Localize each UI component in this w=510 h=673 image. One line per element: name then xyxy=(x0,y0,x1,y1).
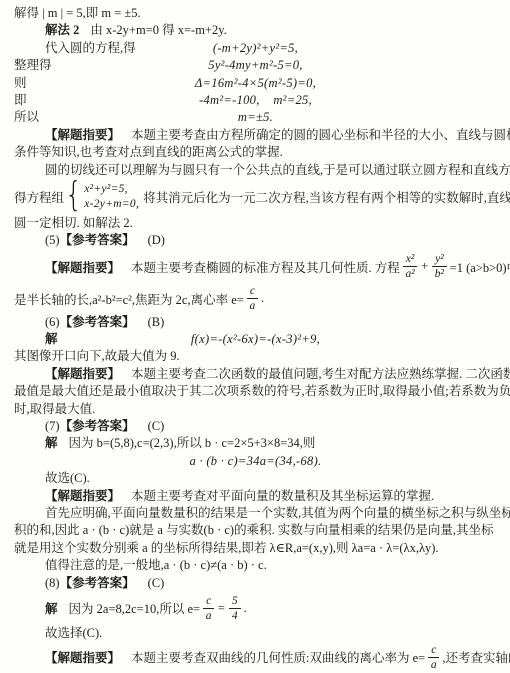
denominator: a xyxy=(250,299,256,312)
line-solve-6b: 其图像开口向下,故最大值为 9. xyxy=(14,348,497,365)
answer-key-page: 解得 | m | = 5,即 m = ±5. 解法 2由 x-2y+m=0 得 … xyxy=(0,0,510,672)
line-tip7-2: 首先应明确,平面向量数量积的结果是一个实数,其值为两个向量的横坐标之积与纵坐标之 xyxy=(14,505,497,522)
line-tip4-5: 圆一定相切. 如解法 2. xyxy=(14,215,497,232)
text-run: 首先应明确,平面向量数量积的结果是一个实数,其值为两个向量的横坐标之积与纵坐标之 xyxy=(45,506,510,520)
text-run: 由 x-2y+m=0 得 x=-m+2y. xyxy=(90,23,226,37)
line-tip5-1: 【解题指要】 本题主要考查椭圆的标准方程及其几何性质. 方程 x²a² + y²… xyxy=(14,250,497,284)
line-discriminant: 则Δ=16m²-4×5(m²-5)=0, xyxy=(14,75,497,92)
left-brace-icon: { xyxy=(65,177,82,216)
text-run: 是半长轴的长,a²-b²=c²,焦距为 2c,离心率 e= xyxy=(14,290,244,308)
numerator: y² xyxy=(432,253,447,267)
text-run: 解得 | m | = 5,即 m = ±5. xyxy=(14,6,141,20)
line-solve-8: 解 因为 2a=8,2c=10,所以 e= ca = 54 . xyxy=(14,592,497,625)
fraction-c-a: ca xyxy=(247,285,258,312)
numerator: x² xyxy=(403,253,418,267)
line-answer-5: (5)【参考答案】(D) xyxy=(14,232,497,249)
text-run: 本题主要考查由方程所确定的圆的圆心坐标和半径的大小、直线与圆相切的 xyxy=(131,128,510,142)
numerator: c xyxy=(247,285,258,299)
line-tip7-4: 就是用这个实数分别乘 a 的坐标所得结果,即若 λ∈R,a=(x,y),则 λa… xyxy=(14,540,497,557)
line-equation-system: 得方程组 { x²+y²=5, x-2y+m=0, 将其消元后化为一元二次方程,… xyxy=(14,179,497,215)
text-run: 值得注意的是,一般地,a · (b · c)≠(a · b) · c. xyxy=(45,558,267,572)
system-eq-1: x²+y²=5, xyxy=(84,182,139,197)
line-substitute: 代入圆的方程,得(-m+2y)²+y²=5, xyxy=(14,40,497,57)
line-tip4-1: 【解题指要】本题主要考查由方程所确定的圆的圆心坐标和半径的大小、直线与圆相切的 xyxy=(14,127,497,144)
text-run: 本题主要考查对平面向量的数量积及其坐标运算的掌握. xyxy=(131,489,434,503)
line-tip4-3: 圆的切线还可以理解为与圆只有一个公共点的直线,于是可以通过联立圆方程和直线方程, xyxy=(14,162,497,179)
text-run: 故选(C). xyxy=(45,471,90,485)
formula: m=±5. xyxy=(14,109,497,126)
text-run: ,还考查实轴的 xyxy=(442,648,510,666)
solve-label: 解 xyxy=(45,331,58,348)
line-then: 即-4m²=-100, m²=25, xyxy=(14,92,497,109)
line-tip7-1: 【解题指要】本题主要考查对平面向量的数量积及其坐标运算的掌握. xyxy=(14,488,497,505)
line-choose-7: 故选(C). xyxy=(14,470,497,487)
fraction-c-a: ca xyxy=(203,595,214,622)
line-tip6-1: 【解题指要】本题主要考查二次函数的最值问题,考生对配方法应熟练掌握. 二次函数的 xyxy=(14,366,497,383)
line-tip7-3: 积的和,因此 a · (b · c)就是 a 与实数(b · c)的乘积. 实数… xyxy=(14,522,497,539)
lead-word: 所以 xyxy=(14,109,39,126)
text-run: 因为 2a=8,2c=10,所以 e= xyxy=(69,599,201,617)
answer-choice: (D) xyxy=(148,233,165,247)
line-tip5-2: 是半长轴的长,a²-b²=c²,焦距为 2c,离心率 e= ca . xyxy=(14,284,497,314)
text-run: 时,取得最大值. xyxy=(14,402,95,416)
line-simplify: 整理得5y²-4my+m²-5=0, xyxy=(14,57,497,74)
lead-word: 代入圆的方程,得 xyxy=(45,40,136,57)
answer-label: 【参考答案】 xyxy=(60,419,135,433)
text-run: 圆的切线还可以理解为与圆只有一个公共点的直线,于是可以通过联立圆方程和直线方程, xyxy=(45,163,510,177)
line-tip6-3: 时,取得最大值. xyxy=(14,401,497,418)
system-equations: x²+y²=5, x-2y+m=0, xyxy=(84,182,139,212)
formula: f(x)=-(x²-6x)=-(x-3)²+9, xyxy=(14,331,497,348)
formula: a · (b · c)=34a=(34,-68). xyxy=(190,454,322,468)
text-run: 本题主要考查双曲线的几何性质:双曲线的离心率为 e= xyxy=(131,648,425,666)
line-answer-8: (8)【参考答案】(C) xyxy=(14,575,497,592)
solve-label: 解 xyxy=(45,599,58,617)
answer-choice: (C) xyxy=(148,419,165,433)
formula: Δ=16m²-4×5(m²-5)=0, xyxy=(14,75,497,92)
formula: -4m²=-100, m²=25, xyxy=(14,92,497,109)
text-run: 积的和,因此 a · (b · c)就是 a 与实数(b · c)的乘积. 实数… xyxy=(14,523,493,537)
denominator: a xyxy=(206,609,212,622)
line-therefore: 所以m=±5. xyxy=(14,109,497,126)
text-run: 将其消元后化为一元二次方程,当该方程有两个相等的实数解时,直线与 xyxy=(143,188,510,206)
line-solve-7-formula: a · (b · c)=34a=(34,-68). xyxy=(14,453,497,470)
text-run: . xyxy=(261,291,264,306)
line-tip6-2: 最值是最大值还是最小值取决于其二次项系数的符号,若系数为正时,取得最小值;若系数… xyxy=(14,383,497,400)
text-run: =1 (a>b>0)中,a xyxy=(450,258,510,276)
formula: 5y²-4my+m²-5=0, xyxy=(14,57,497,74)
line-tip4-2: 条件等知识,也考查对点到直线的距离公式的掌握. xyxy=(14,144,497,161)
text-run: 本题主要考查椭圆的标准方程及其几何性质. 方程 xyxy=(131,258,400,276)
numerator: c xyxy=(203,595,214,609)
text-run: 就是用这个实数分别乘 a 的坐标所得结果,即若 λ∈R,a=(x,y),则 λa… xyxy=(14,541,439,555)
line-tip8-1: 【解题指要】 本题主要考查双曲线的几何性质:双曲线的离心率为 e= ca ,还考… xyxy=(14,642,497,672)
text-run: 故选择(C). xyxy=(45,626,102,640)
line-conclusion-m: 解得 | m | = 5,即 m = ±5. xyxy=(14,5,497,22)
answer-choice: (C) xyxy=(148,576,165,590)
denominator: b² xyxy=(435,267,444,280)
line-solve-7: 解因为 b=(5,8),c=(2,3),所以 b · c=2×5+3×8=34,… xyxy=(14,435,497,452)
tip-label: 【解题指要】 xyxy=(45,489,120,503)
plus-sign: + xyxy=(420,259,429,274)
text-run: 最值是最大值还是最小值取决于其二次项系数的符号,若系数为正时,取得最小值;若系数… xyxy=(14,384,510,398)
fraction-c-a: ca xyxy=(428,644,439,671)
lead-word: 整理得 xyxy=(14,57,52,74)
answer-choice: (B) xyxy=(148,315,165,329)
answer-label: 【参考答案】 xyxy=(60,576,135,590)
text-run: 条件等知识,也考查对点到直线的距离公式的掌握. xyxy=(14,145,283,159)
question-number: (7) xyxy=(45,419,60,433)
tip-label: 【解题指要】 xyxy=(45,367,120,381)
line-tip7-5: 值得注意的是,一般地,a · (b · c)≠(a · b) · c. xyxy=(14,557,497,574)
numerator: 5 xyxy=(229,595,241,609)
fraction-5-4: 54 xyxy=(229,595,241,622)
denominator: a² xyxy=(405,267,414,280)
answer-label: 【参考答案】 xyxy=(60,315,135,329)
line-solution2-heading: 解法 2由 x-2y+m=0 得 x=-m+2y. xyxy=(14,22,497,39)
equation-system: { x²+y²=5, x-2y+m=0, xyxy=(65,182,139,212)
answer-label: 【参考答案】 xyxy=(60,233,135,247)
tip-label: 【解题指要】 xyxy=(45,128,120,142)
question-number: (6) xyxy=(45,315,60,329)
tip-label: 【解题指要】 xyxy=(45,648,120,666)
line-answer-7: (7)【参考答案】(C) xyxy=(14,418,497,435)
denominator: 4 xyxy=(232,609,238,622)
text-run: 其图像开口向下,故最大值为 9. xyxy=(14,349,180,363)
text-run: . xyxy=(244,601,247,616)
question-number: (5) xyxy=(45,233,60,247)
text-run: 本题主要考查二次函数的最值问题,考生对配方法应熟练掌握. 二次函数的 xyxy=(131,367,510,381)
denominator: a xyxy=(431,658,437,671)
system-eq-2: x-2y+m=0, xyxy=(84,197,139,212)
text-run: 因为 b=(5,8),c=(2,3),所以 b · c=2×5+3×8=34,则 xyxy=(69,436,316,450)
line-choose-8: 故选择(C). xyxy=(14,625,497,642)
text-run: 圆一定相切. 如解法 2. xyxy=(14,216,133,230)
numerator: c xyxy=(428,644,439,658)
solve-label: 解 xyxy=(45,436,58,450)
text-run: 得方程组 xyxy=(14,188,64,206)
lead-word: 即 xyxy=(14,92,27,109)
fraction-y2-b2: y²b² xyxy=(432,253,447,280)
tip-label: 【解题指要】 xyxy=(45,258,120,276)
fraction-x2-a2: x²a² xyxy=(403,253,418,280)
question-number: (8) xyxy=(45,576,60,590)
equals-sign: = xyxy=(217,601,226,616)
line-solve-6: 解f(x)=-(x²-6x)=-(x-3)²+9, xyxy=(14,331,497,348)
solution2-label: 解法 2 xyxy=(45,23,79,37)
line-answer-6: (6)【参考答案】(B) xyxy=(14,314,497,331)
lead-word: 则 xyxy=(14,75,27,92)
